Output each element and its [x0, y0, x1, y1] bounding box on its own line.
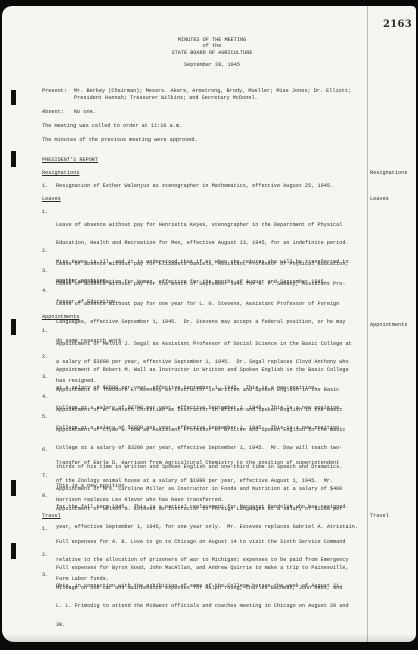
binder-tab-mark — [11, 319, 16, 335]
appointments-heading: Appointments — [42, 314, 79, 320]
page-edge-shadow — [2, 634, 416, 642]
page-number: 2163 — [383, 19, 412, 30]
president-report-heading: PRESIDENT'S REPORT — [42, 157, 98, 163]
title-line-3: STATE BOARD OF AGRICULTURE — [152, 50, 272, 56]
margin-rule — [367, 6, 368, 642]
binder-tab-mark — [11, 151, 16, 167]
absent-value: No one. — [74, 109, 96, 115]
margin-note-leaves: Leaves — [370, 196, 389, 202]
margin-note-resignations: Resignations — [370, 170, 407, 176]
minutes-approved: The minutes of the previous meeting were… — [42, 137, 198, 143]
document-page: 2163 MINUTES OF THE MEETING of the STATE… — [2, 6, 416, 642]
present-line-1: Mr. Berkey (Chairman); Messrs. Akers, Ar… — [74, 88, 351, 94]
margin-note-travel: Travel — [370, 513, 389, 519]
margin-note-appointments: Appointments — [370, 322, 407, 328]
present-line-2: President Hannah; Treasurer Wilkins; and… — [74, 95, 258, 101]
meeting-date: September 20, 1945 — [152, 62, 272, 68]
binder-tab-mark — [11, 543, 16, 559]
document-title: MINUTES OF THE MEETING of the STATE BOAR… — [152, 37, 272, 68]
present-label: Present: — [42, 88, 67, 94]
leaves-heading: Leaves — [42, 196, 61, 202]
travel-heading: Travel — [42, 513, 61, 519]
absent-label: Absent: — [42, 109, 64, 115]
resignations-heading: Resignations — [42, 170, 79, 176]
binder-tab-mark — [11, 90, 16, 105]
binder-tab-mark — [11, 480, 16, 496]
called-to-order: The meeting was called to order at 11:10… — [42, 123, 182, 129]
